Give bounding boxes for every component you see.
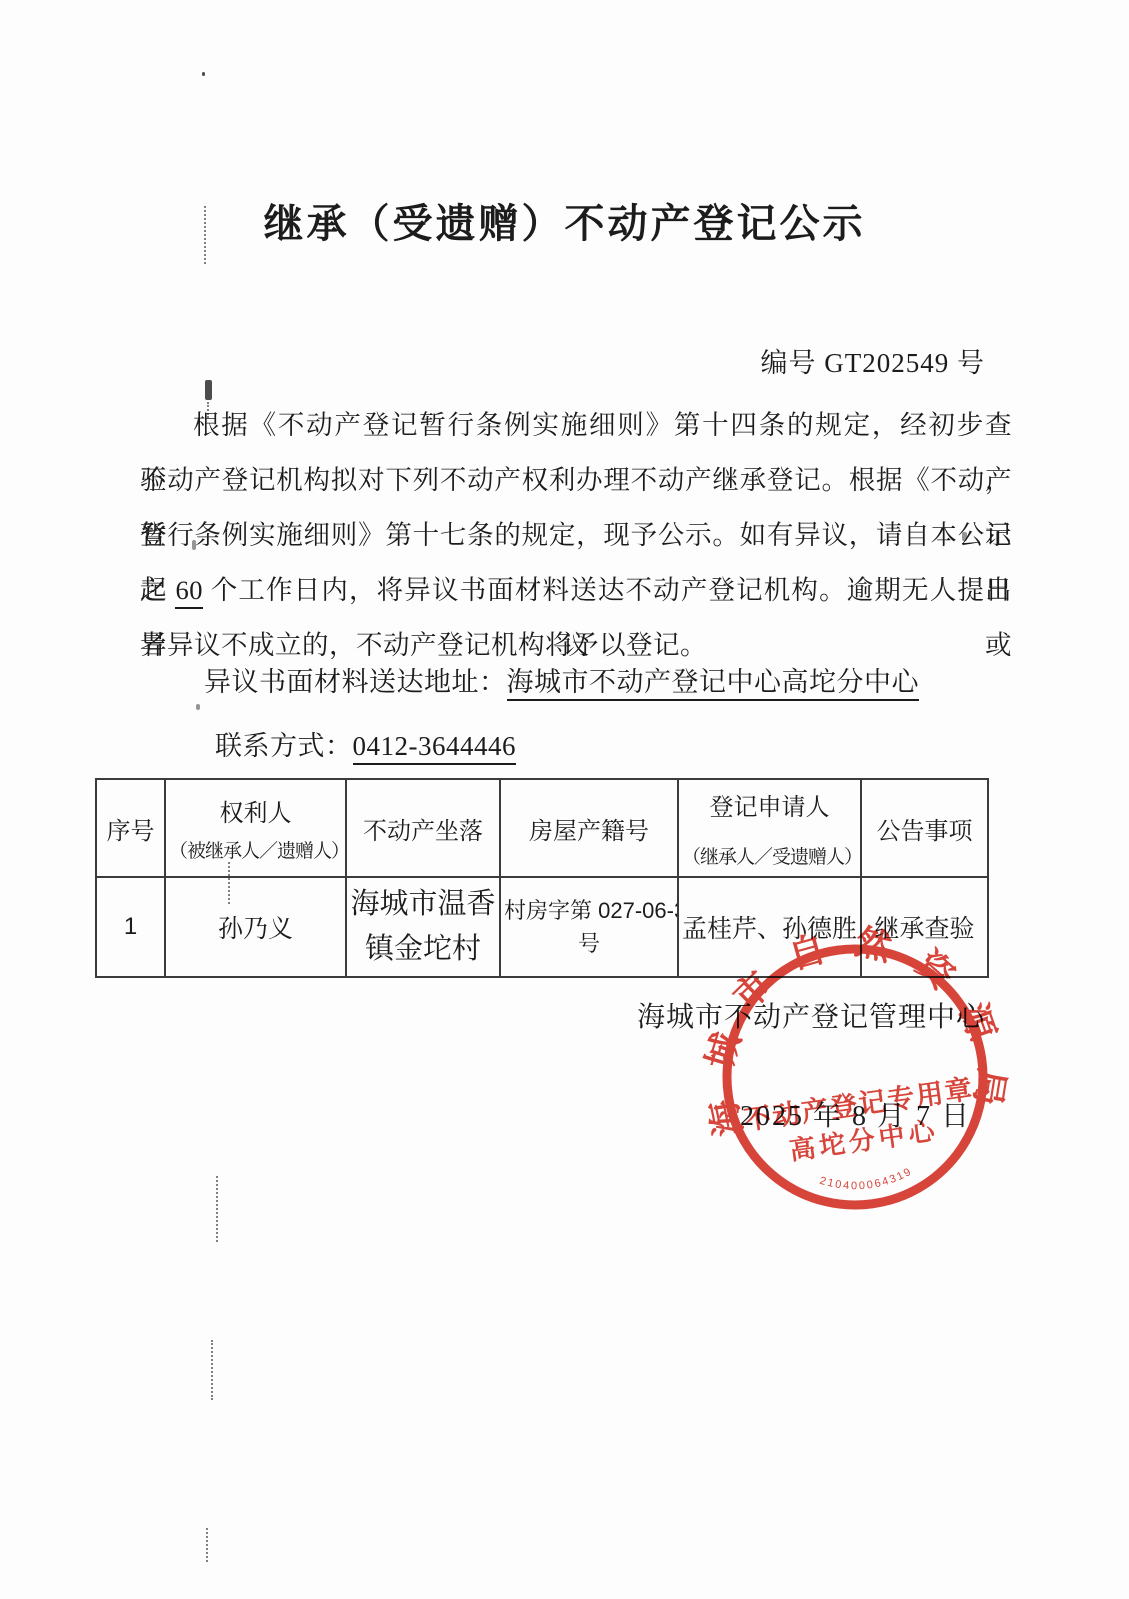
col-header-house-registry-number: 房屋产籍号 — [500, 779, 678, 877]
body-paragraph: 根据《不动产登记暂行条例实施细则》第十四条的规定，经初步查验， 不动产登记机构拟… — [140, 398, 1012, 673]
scan-artifact — [216, 1176, 218, 1242]
cell-rights-holder: 孙乃义 — [165, 877, 346, 977]
deadline-days: 60 — [175, 575, 203, 609]
cell-house-registry-number: 村房字第 027-06-307 号 — [500, 877, 678, 977]
body-line: 起 60 个工作日内，将异议书面材料送达不动产登记机构。逾期无人提出异议或 — [140, 563, 1012, 618]
document-title: 继承（受遗赠）不动产登记公示 — [0, 192, 1129, 249]
col-header-applicant: 登记申请人 （继承人／受遗赠人） — [678, 779, 861, 877]
scan-artifact — [196, 704, 200, 710]
col-header-property-location: 不动产坐落 — [346, 779, 500, 877]
scan-artifact — [205, 380, 212, 400]
document-page: 继承（受遗赠）不动产登记公示 编号 GT202549 号 根据《不动产登记暂行条… — [0, 0, 1129, 1599]
table-header-row: 序号 权利人 （被继承人／遗赠人） 不动产坐落 房屋产籍号 登记申请人 — [96, 779, 988, 877]
scan-artifact — [211, 1340, 213, 1400]
col-header-rights-holder: 权利人 （被继承人／遗赠人） — [165, 779, 346, 877]
col-header-index: 序号 — [96, 779, 165, 877]
contact-phone: 0412-3644446 — [353, 731, 517, 765]
address-label: 异议书面材料送达地址： — [204, 667, 507, 697]
body-line-segment: 起 — [140, 575, 175, 605]
address-value: 海城市不动产登记中心高坨分中心 — [507, 667, 920, 701]
scan-artifact — [206, 1528, 208, 1562]
contact-line: 联系方式：0412-3644446 — [215, 724, 516, 763]
contact-label: 联系方式： — [215, 731, 353, 761]
cell-property-location: 海城市温香 镇金坨村 — [346, 877, 500, 977]
body-line: 不动产登记机构拟对下列不动产权利办理不动产继承登记。根据《不动产登记 — [140, 453, 1012, 508]
body-line: 暂行条例实施细则》第十七条的规定，现予公示。如有异议，请自本公示之日 — [140, 508, 1012, 563]
official-seal-stamp: 海城市自然资源局 不动产登记专用章 高坨分中心 210400064319 — [700, 922, 1010, 1232]
document-number: 编号 GT202549 号 — [761, 341, 986, 380]
col-header-announcement-matter: 公告事项 — [861, 779, 988, 877]
objection-address-line: 异议书面材料送达地址：海城市不动产登记中心高坨分中心 — [204, 660, 919, 699]
cell-index: 1 — [96, 877, 165, 977]
body-line: 根据《不动产登记暂行条例实施细则》第十四条的规定，经初步查验， — [140, 398, 1012, 453]
scan-artifact — [202, 72, 205, 76]
